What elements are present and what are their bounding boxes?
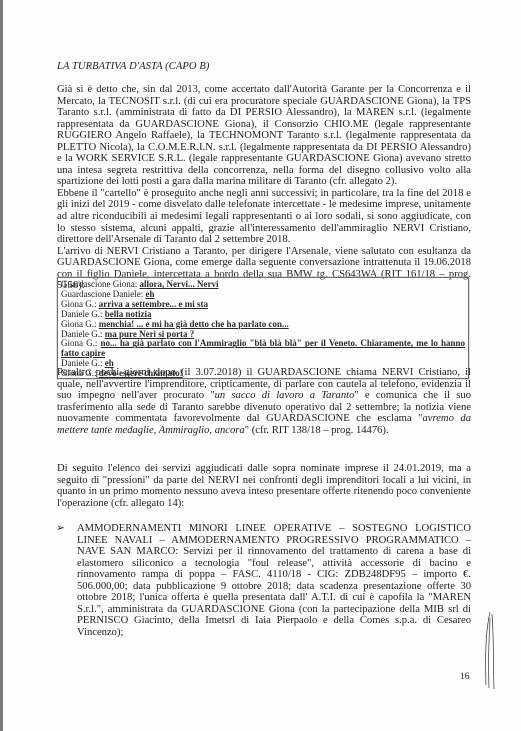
transcript-line: Giona G.: no... ha già parlato con l'Amm… <box>61 339 465 359</box>
spoken-text: eh <box>145 289 154 299</box>
section-heading: LA TURBATIVA D'ASTA (CAPO B) <box>57 61 209 72</box>
page-number: 16 <box>460 672 470 682</box>
arrow-bullet-icon: ➢ <box>56 523 65 535</box>
scan-left-edge <box>0 0 3 731</box>
text-run: " (cfr. RIT 138/18 – prog. 14476). <box>245 425 389 436</box>
speaker-label: Guardascione Giona: <box>61 279 139 289</box>
service-list-item: ➢ AMMODERNAMENTI MINORI LINEE OPERATIVE … <box>73 523 471 638</box>
transcript-box: Guardascione Giona: allora, Nervi... Ner… <box>57 277 469 379</box>
spoken-text: no... ha già parlato con l'Ammiraglio "b… <box>61 338 465 358</box>
spoken-text: menchia! ... e mi ha già detto che ha pa… <box>99 319 289 329</box>
handwritten-signature <box>480 610 500 690</box>
spoken-text: bella notizia <box>105 309 152 319</box>
spoken-text: arriva a settembre... e mi sta <box>99 299 208 309</box>
speaker-label: Giona G.: <box>61 299 99 309</box>
speaker-label: Daniele G.: <box>61 309 105 319</box>
spoken-text: ma pure Neri si porta ? <box>105 329 195 339</box>
speaker-label: Guardascione Daniele: <box>61 289 145 299</box>
intro-paragraphs: Già si è detto che, sin dal 2013, come a… <box>57 84 471 292</box>
service-description: AMMODERNAMENTI MINORI LINEE OPERATIVE – … <box>73 523 471 638</box>
paragraph-cartel-continued: Ebbene il "cartello" è proseguito anche … <box>57 188 471 246</box>
paragraph-nervi-call-text: Peraltro pochi giorni dopo (il 3.07.2018… <box>57 367 471 436</box>
paragraph-cartel-2013: Già si è detto che, sin dal 2013, come a… <box>57 84 471 188</box>
speaker-label: Giona G.: <box>61 338 101 348</box>
speaker-label: Giona G.: <box>61 319 99 329</box>
spoken-text: allora, Nervi... Nervi <box>139 279 218 289</box>
speaker-label: Daniele G.: <box>61 329 105 339</box>
paragraph-nervi-call: Peraltro pochi giorni dopo (il 3.07.2018… <box>57 367 471 436</box>
paragraph-services-text: Di seguito l'elenco dei servizi aggiudic… <box>57 463 471 509</box>
quote-lavoro: un sacco di lavoro a Taranto <box>215 390 355 401</box>
paragraph-services-list-intro: Di seguito l'elenco dei servizi aggiudic… <box>57 463 471 509</box>
